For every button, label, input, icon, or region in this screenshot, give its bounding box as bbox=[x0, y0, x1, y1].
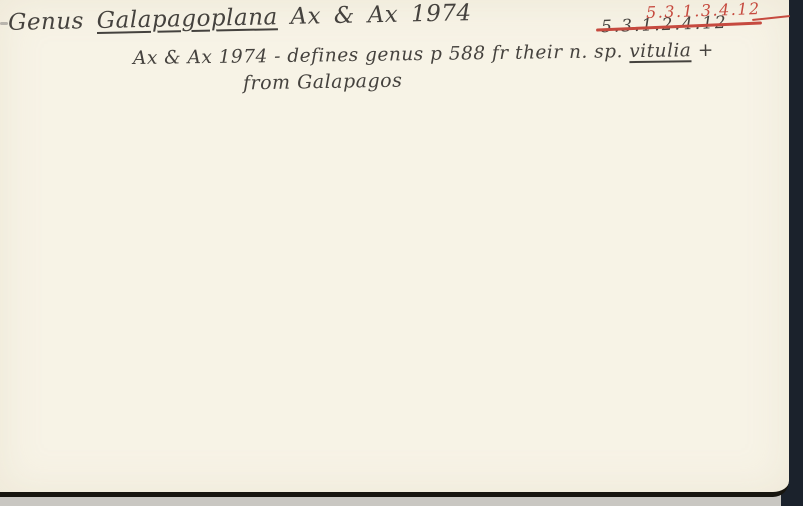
card-heading: Genus Galapagoplana Ax & Ax 1974 bbox=[8, 0, 472, 36]
note-line-1: Ax & Ax 1974 - defines genus p 588 fr th… bbox=[133, 40, 714, 69]
heading-genus-label: Genus bbox=[8, 8, 84, 36]
heading-authority: Ax & Ax 1974 bbox=[290, 0, 472, 30]
note-line-1-suffix: + bbox=[698, 40, 714, 61]
note-line-2: from Galapagos bbox=[243, 70, 403, 95]
genus-name: Galapagoplana bbox=[96, 4, 277, 34]
scan-artifact-mark bbox=[0, 22, 8, 25]
species-name: vitulia bbox=[629, 40, 691, 62]
scanned-index-card-page: Genus Galapagoplana Ax & Ax 1974 5.3.1.3… bbox=[0, 0, 803, 506]
index-card: Genus Galapagoplana Ax & Ax 1974 5.3.1.3… bbox=[0, 0, 789, 497]
note-line-1-text: Ax & Ax 1974 - defines genus p 588 fr th… bbox=[133, 41, 623, 69]
